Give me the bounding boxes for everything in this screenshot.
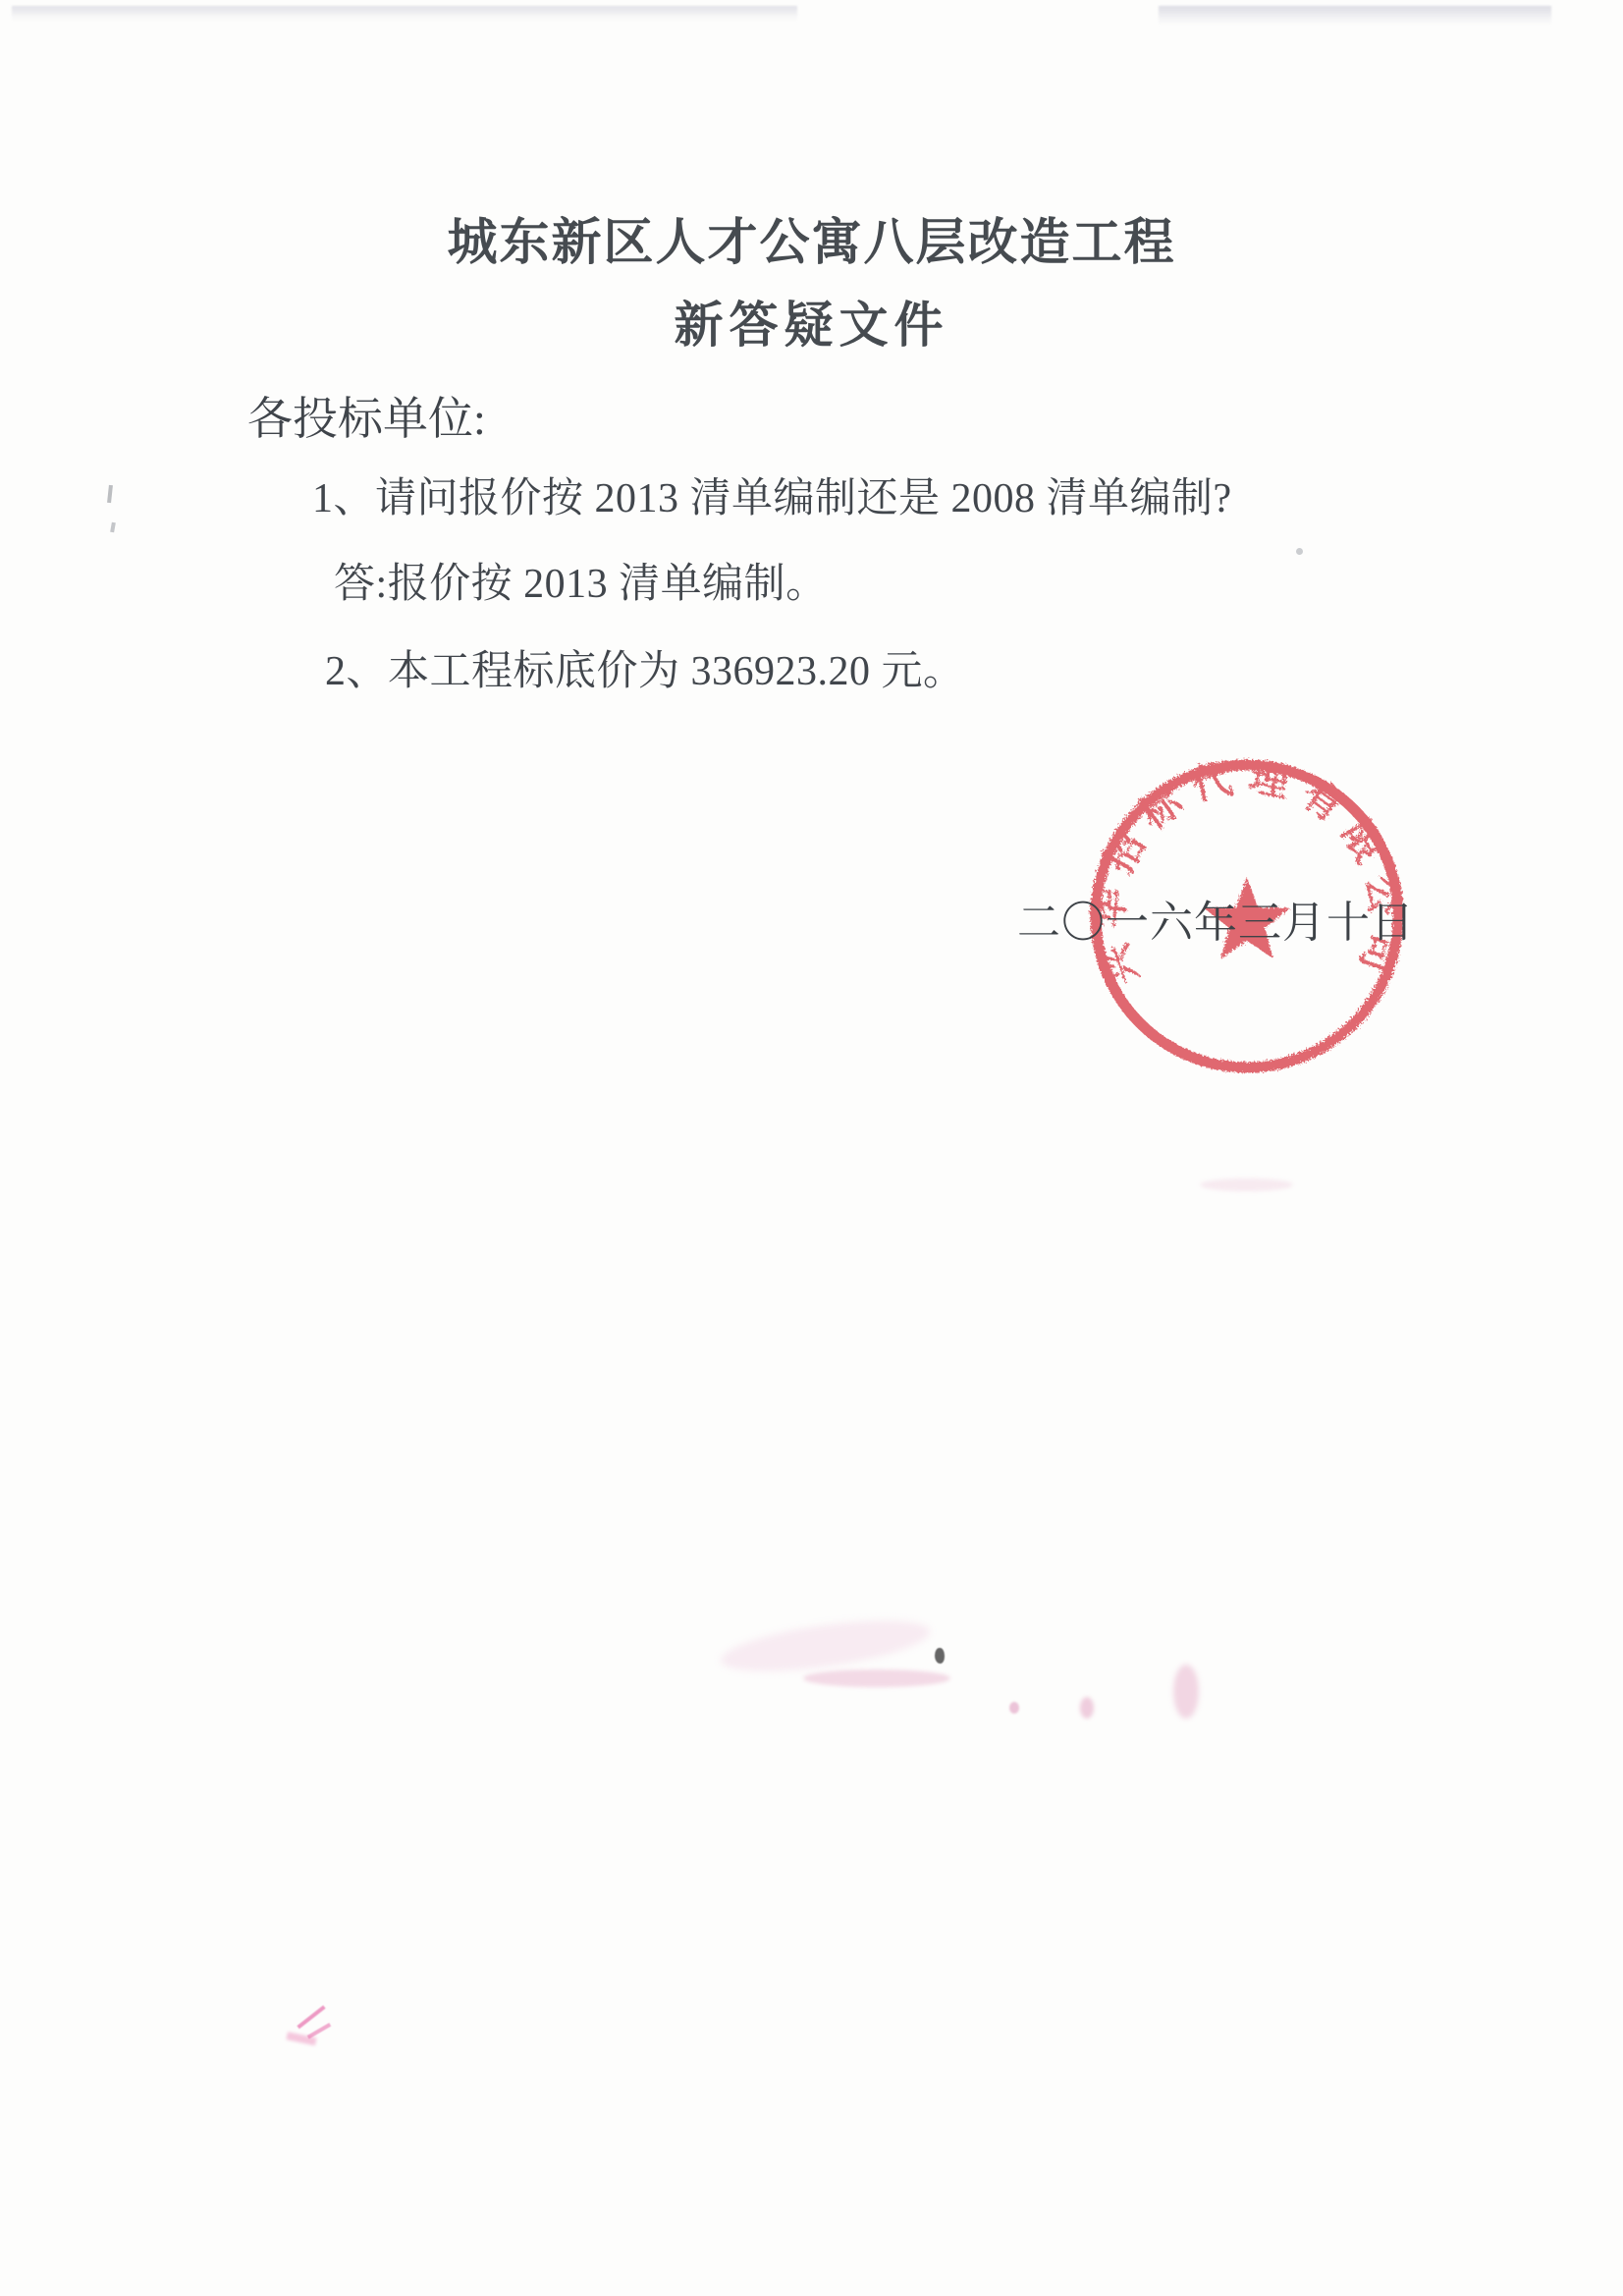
scan-smudge-pink (1009, 1702, 1019, 1714)
document-subtitle: 新答疑文件 (0, 286, 1623, 356)
scan-margin-tick (110, 522, 116, 533)
scan-artifact-top-band-right (1159, 6, 1551, 26)
scan-ink-dot (935, 1648, 945, 1664)
scan-smudge-pink (1080, 1697, 1094, 1719)
item-2-line: 2、本工程标底价为 336923.20 元。 (325, 638, 965, 697)
seal-company-text: 兴华招标代理有限公司 (1086, 754, 1408, 991)
scan-artifact-top-band-left (12, 6, 797, 22)
question-1-line: 1、请问报价按 2013 清单编制还是 2008 清单编制? (312, 465, 1232, 524)
scan-smudge-pink (803, 1669, 950, 1687)
document-title: 城东新区人才公寓八层改造工程 (0, 201, 1623, 274)
answer-1-line: 答:报价按 2013 清单编制。 (334, 551, 828, 610)
scan-smudge-faint (1200, 1178, 1293, 1191)
scan-speck (1296, 548, 1303, 555)
scan-margin-tick (107, 485, 113, 503)
document-date: 二〇一六年三月十日 (1017, 887, 1415, 950)
scanned-document-page: 城东新区人才公寓八层改造工程 新答疑文件 各投标单位: 1、请问报价按 2013… (0, 0, 1623, 2296)
scan-smudge-pink (1173, 1665, 1199, 1719)
scan-pen-scribble (297, 2005, 325, 2029)
salutation-line: 各投标单位: (247, 383, 486, 448)
